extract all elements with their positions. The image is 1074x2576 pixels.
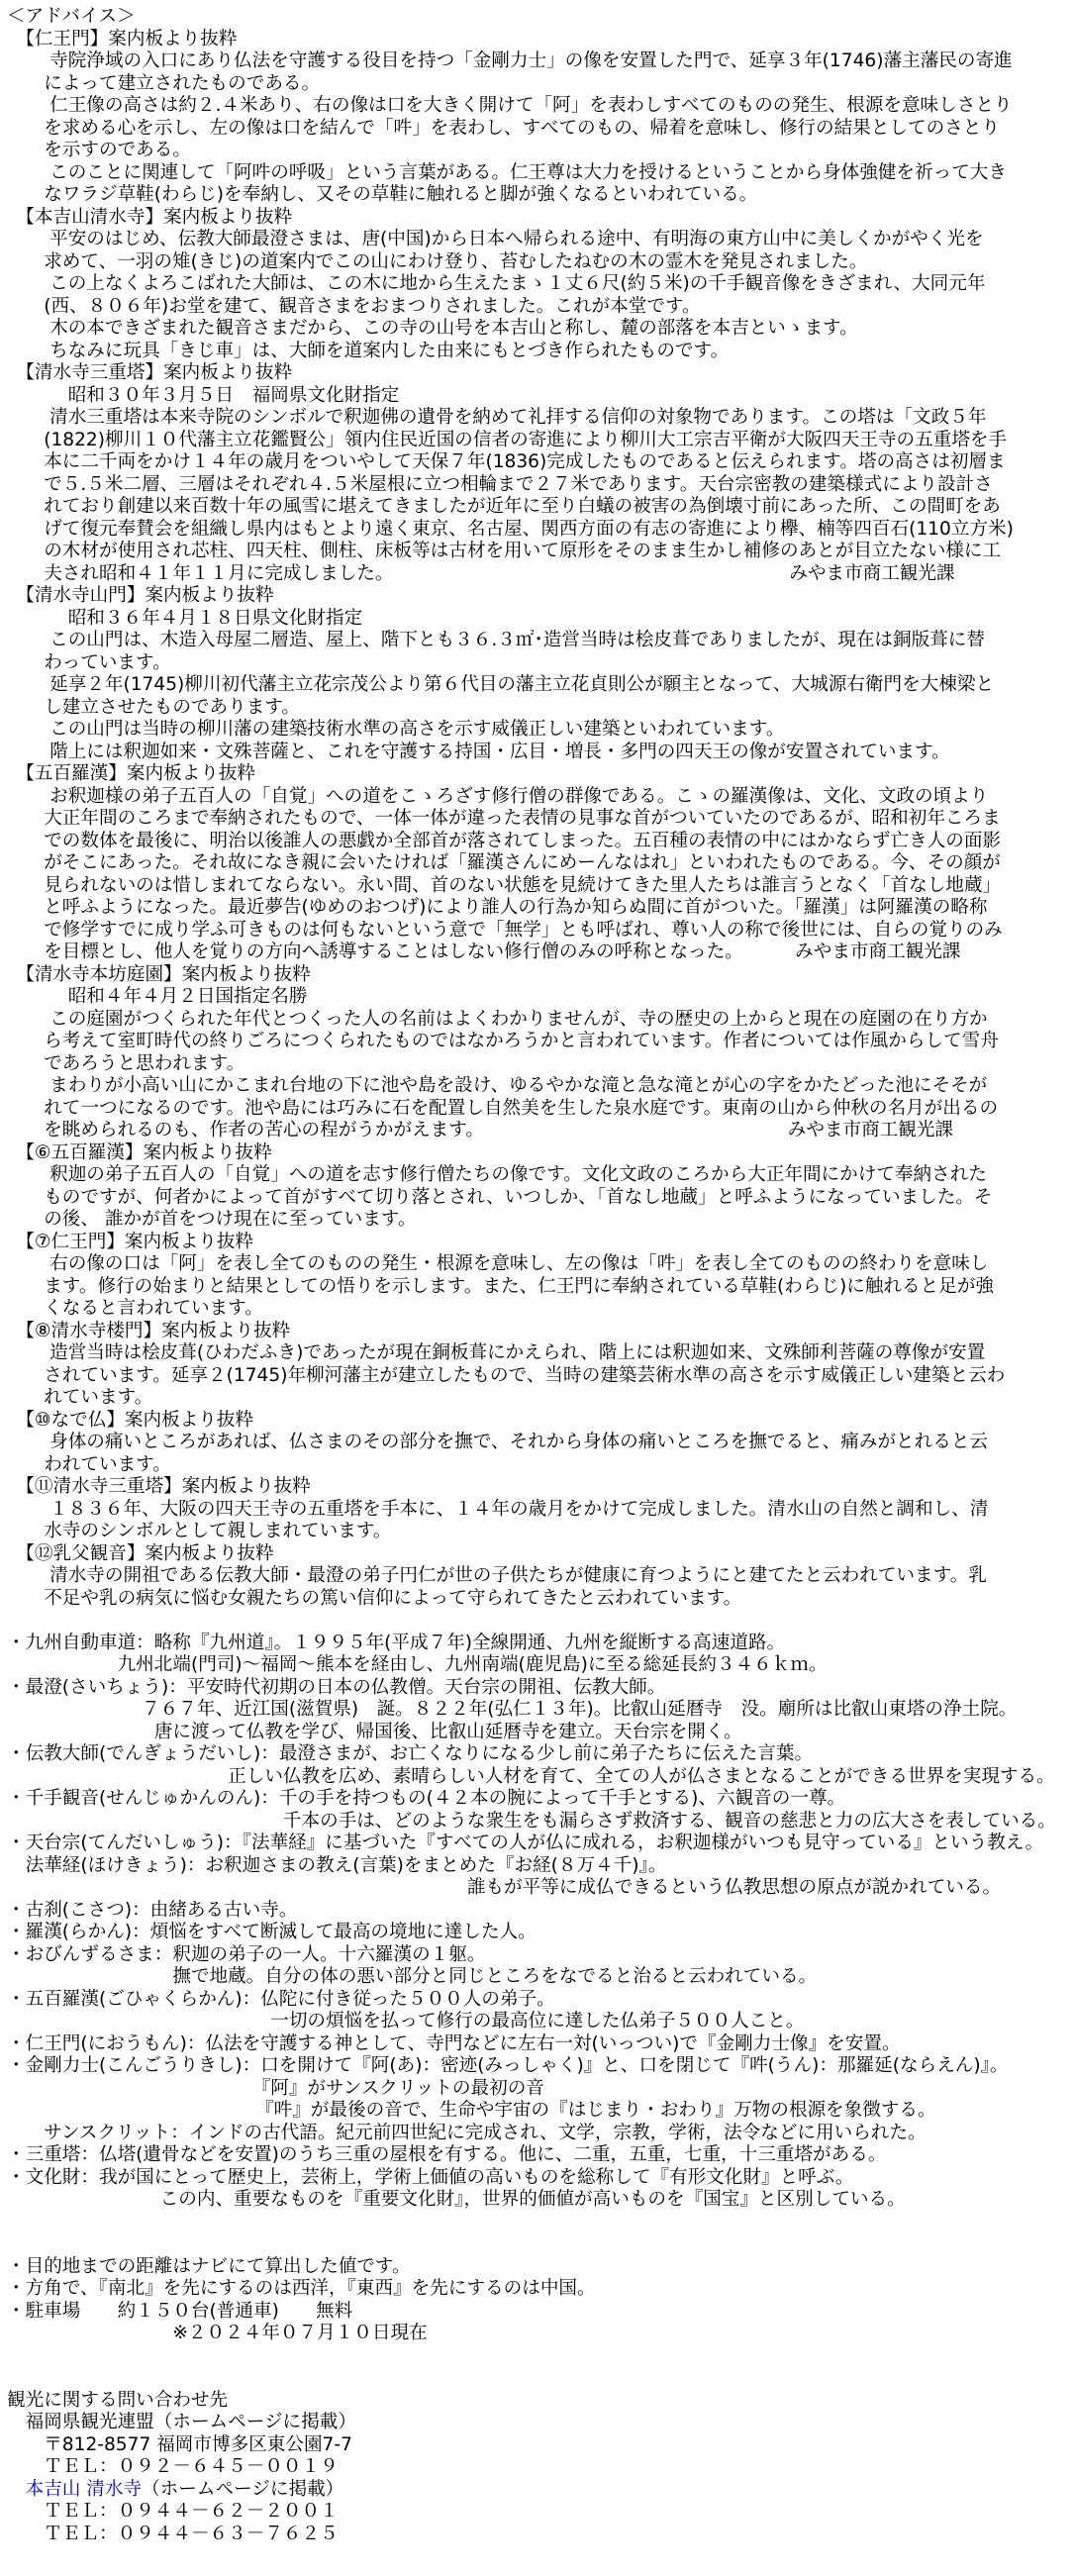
text-line: ・九州自動車道：略称『九州道』。１９９５年(平成７年)全線開通、九州を縦断する高… xyxy=(7,1633,1074,1655)
text-line: 福岡県観光連盟（ホームページに掲載） xyxy=(7,2412,1074,2434)
text-line: ※２０２４年０７月１０日現在 xyxy=(7,2323,1074,2345)
text-line: がそこにあった。それ故になき親に会いたければ「羅漢さんにめーんなはれ」といわれた… xyxy=(7,852,1074,875)
text-line: での数体を最後に、明治以後誰人の悪戯か全部首が落されてしまった。五百種の表情の中… xyxy=(7,831,1074,853)
text-line: このことに関連して「阿吽の呼吸」という言葉がある。仁王尊は大力を授けるということ… xyxy=(7,162,1074,185)
text-line: 『吽』が最後の音で、生命や宇宙の『はじまり・おわり』万物の根源を象徴する。 xyxy=(7,2100,1074,2123)
text-line: ＴＥＬ：０９２－６４５－００１９ xyxy=(7,2456,1074,2479)
text-line: 大正年間のころまで奉納されたもので、一体一体が違った表情の見事な首がついていたの… xyxy=(7,808,1074,831)
text-line: ・仁王門(におうもん)：仏法を守護する神として、寺門などに左右一対(いっつい)で… xyxy=(7,2033,1074,2056)
text-line: (1822)柳川１０代藩主立花鑑賢公」領内住民近国の信者の寄進により柳川大工宗吉… xyxy=(7,430,1074,452)
text-line: ７６７年、近江国(滋賀県) 誕。８２２年(弘仁１３年)。比叡山延暦寺 没。廟所は… xyxy=(7,1699,1074,1722)
text-line: ・五百羅漢(ごひゃくらかん)：仏陀に付き従った５００人の弟子。 xyxy=(7,1989,1074,2012)
text-line: で５.５米二層、三層はそれぞれ４.５米屋根に立つ相輪まで２７米であります。天台宗… xyxy=(7,474,1074,497)
text-line: なワラジ草鞋(わらじ)を奉納し、又その草鞋に触れると脚が強くなるといわれている。 xyxy=(7,184,1074,207)
text-line: 観光に関する問い合わせ先 xyxy=(7,2390,1074,2413)
text-line: 【⑫乳父観音】案内板より抜粋 xyxy=(7,1543,1074,1566)
text-line: サンスクリット：インドの古代語。紀元前四世紀に完成され、文学，宗教，学術，法令な… xyxy=(7,2123,1074,2145)
text-line: (西、８０６年)お堂を建て、観音さまをおまつりされました。これが本堂です。 xyxy=(7,296,1074,319)
text-line: 清水三重塔は本来寺院のシンボルで釈迦佛の遺骨を納めて礼拝する信仰の対象物でありま… xyxy=(7,407,1074,430)
text-line: ＴＥＬ：０９４４－６３－７６２５ xyxy=(7,2524,1074,2546)
text-line: れており創建以来百数十年の風雪に堪えてきましたが近年に至り白蟻の被害の為倒壊寸前… xyxy=(7,496,1074,519)
text-line: れて一つになるのです。池や島には巧みに石を配置し自然美を生した泉水庭です。東南の… xyxy=(7,1098,1074,1121)
text-line: 不足や乳の病気に悩む女親たちの篤い信仰によって守られてきたと云われています。 xyxy=(7,1588,1074,1611)
text-line: 平安のはじめ、伝教大師最澄さまは、唐(中国)から日本へ帰られる途中、有明海の東方… xyxy=(7,229,1074,251)
text-line: で修学すでに成り学ふ可きものは何もないという意で「無学」とも呼ばれ、尊い人の称で… xyxy=(7,920,1074,942)
text-line: ＴＥＬ：０９４４－６２－２００１ xyxy=(7,2501,1074,2524)
text-line: 見られないのは惜しまれてならない。永い間、首のない状態を見続けてきた里人たちは誰… xyxy=(7,875,1074,898)
text-line xyxy=(7,2367,1074,2390)
text-line xyxy=(7,2233,1074,2256)
text-line: ・羅漢(らかん)：煩悩をすべて断滅して最高の境地に達した人。 xyxy=(7,1922,1074,1944)
text-line: この上なくよろこばれた大師は、この木に地から生えたまゝ１丈６尺(約５米)の千手観… xyxy=(7,273,1074,296)
text-line: 【五百羅漢】案内板より抜粋 xyxy=(7,763,1074,786)
text-line: 夫され昭和４１年１１月に完成しました。 みやま市商工観光課 xyxy=(7,563,1074,586)
text-line: ・天台宗(てんだいしゅう)：『法華経』に基づいた『すべての人が仏に成れる，お釈迦… xyxy=(7,1833,1074,1855)
text-line: 身体の痛いところがあれば、仏さまのその部分を撫で、それから身体の痛いところを撫で… xyxy=(7,1432,1074,1454)
text-line: 千本の手は、どのような衆生をも漏らさず救済する、観音の慈悲と力の広大さを表してい… xyxy=(7,1811,1074,1833)
text-line xyxy=(7,2212,1074,2234)
text-line: 九州北端(門司)～福岡～熊本を経由し、九州南端(鹿児島)に至る総延長約３４６ｋｍ… xyxy=(7,1654,1074,1677)
text-line: ものですが、何者かによって首がすべて切り落とされ、いつしか、「首なし地蔵」と呼ふ… xyxy=(7,1187,1074,1210)
text-line: 求めて、一羽の雉(きじ)の道案内でこの山にわけ登り、苔むしたねむの木の霊木を発見… xyxy=(7,251,1074,274)
text-line: 右の像の口は「阿」を表し全てのものの発生・根源を意味し、左の像は「吽」を表し全て… xyxy=(7,1253,1074,1276)
text-line: われています。 xyxy=(7,1454,1074,1477)
text-line: ・最澄(さいちょう)：平安時代初期の日本の仏教僧。天台宗の開祖、伝教大師。 xyxy=(7,1677,1074,1700)
text-line: 【本吉山清水寺】案内板より抜粋 xyxy=(7,207,1074,230)
text-line: 【⑧清水寺楼門】案内板より抜粋 xyxy=(7,1321,1074,1343)
text-line: 〒812-8577 福岡市博多区東公園7-7 xyxy=(7,2434,1074,2457)
text-line: 造営当時は桧皮葺(ひわだふき)であったが現在銅板葺にかえられ、階上には釈迦如来、… xyxy=(7,1342,1074,1365)
text-line xyxy=(7,1610,1074,1633)
text-line: を示すのである。 xyxy=(7,140,1074,162)
text-line: ＜アドバイス＞ xyxy=(7,6,1074,29)
text-line: 昭和３０年３月５日 福岡県文化財指定 xyxy=(7,385,1074,408)
text-line: まわりが小高い山にかこまれ台地の下に池や島を設け、ゆるやかな滝と急な滝とが心の字… xyxy=(7,1075,1074,1098)
text-line: ・伝教大師(でんぎょうだいし)：最澄さまが、お亡くなりになる少し前に弟子たちに伝… xyxy=(7,1743,1074,1766)
text-line: ちなみに玩具「きじ車」は、大師を道案内した由来にもとづき作られたものです。 xyxy=(7,341,1074,363)
text-line: ・目的地までの距離はナビにて算出した値です。 xyxy=(7,2256,1074,2279)
text-line: 仁王像の高さは約２.４米あり、右の像は口を大きく開けて「阿」を表わしすべてのもの… xyxy=(7,95,1074,118)
text-line: くなると言われています。 xyxy=(7,1298,1074,1321)
text-line: 【⑥五百羅漢】案内板より抜粋 xyxy=(7,1142,1074,1165)
text-line: 木の本できざまれた観音さまだから、この寺の山号を本吉山と称し、麓の部落を本吉とい… xyxy=(7,318,1074,341)
text-line: 法華経(ほけきょう)：お釈迦さまの教え(言葉)をまとめた『お経(８万４千)』。 xyxy=(7,1855,1074,1878)
text-line: ・古刹(こさつ)：由緒ある古い寺。 xyxy=(7,1900,1074,1923)
text-line: れています。 xyxy=(7,1387,1074,1410)
text-line: 『阿』がサンスクリットの最初の音 xyxy=(7,2078,1074,2101)
kiyomizudera-homepage-link[interactable]: 本吉山 清水寺 xyxy=(26,2479,142,2500)
text-line: ・駐車場 約１５０台(普通車) 無料 xyxy=(7,2301,1074,2324)
text-line: 【仁王門】案内板より抜粋 xyxy=(7,29,1074,51)
text-line: ・三重塔：仏塔(遺骨などを安置)のうち三重の屋根を有する。他に、二重，五重，七重… xyxy=(7,2144,1074,2167)
text-line: 水寺のシンボルとして親しまれています。 xyxy=(7,1521,1074,1543)
text-line: ら考えて室町時代の終りごろにつくられたものではなかろうかと言われています。作者に… xyxy=(7,1031,1074,1053)
text-line: 誰もが平等に成仏できるという仏教思想の原点が説かれている。 xyxy=(7,1877,1074,1900)
text-line: を求める心を示し、左の像は口を結んで「吽」を表わし、すべてのもの、帰着を意味し、… xyxy=(7,118,1074,141)
text-line: 【⑦仁王門】案内板より抜粋 xyxy=(7,1232,1074,1254)
text-line: であろうと思われます。 xyxy=(7,1053,1074,1076)
text-line: わっています。 xyxy=(7,652,1074,675)
text-line: し建立させたものであります。 xyxy=(7,697,1074,720)
text-line: 本に二千両をかけ１４年の歳月をついやして天保７年(1836)完成したものであると… xyxy=(7,451,1074,474)
text-line: 階上には釈迦如来・文殊菩薩と、これを守護する持国・広目・増長・多門の四天王の像が… xyxy=(7,742,1074,764)
text-line: によって建立されたものである。 xyxy=(7,73,1074,96)
text-line: 昭和３６年４月１８日県文化財指定 xyxy=(7,608,1074,631)
text-line: 【⑩なで仏】案内板より抜粋 xyxy=(7,1410,1074,1433)
text-line: 撫で地蔵。自分の体の悪い部分と同じところをなでると治ると云われている。 xyxy=(7,1966,1074,1989)
text-line: 清水寺の開祖である伝教大師・最澄の弟子円仁が世の子供たちが健康に育つようにと建て… xyxy=(7,1565,1074,1588)
text-line: 昭和４年４月２日国指定名勝 xyxy=(7,986,1074,1009)
text-line: 唐に渡って仏教を学び、帰国後、比叡山延暦寺を建立。天台宗を開く。 xyxy=(7,1722,1074,1744)
text-line: 一切の煩悩を払って修行の最高位に達した仏弟子５００人こと。 xyxy=(7,2011,1074,2033)
text-line: ・千手観音(せんじゅかんのん)：千の手を持つもの(４２本の腕によって千手とする)… xyxy=(7,1788,1074,1811)
page: { "meta": { "background_color": "#ffffff… xyxy=(0,0,1074,2576)
text-line: 正しい仏教を広め、素晴らしい人材を育て、全ての人が仏さまとなることができる世界を… xyxy=(7,1766,1074,1789)
contact-link-line: 本吉山 清水寺（ホームページに掲載） xyxy=(7,2479,1074,2502)
text-line: を目標とし、他人を覚りの方向へ誘導することはしない修行僧のみの呼称となった。 み… xyxy=(7,941,1074,964)
text-line: 延享２年(1745)柳川初代藩主立花宗茂公より第６代目の藩主立花貞則公が願主とな… xyxy=(7,674,1074,697)
text-line: と呼ふようになった。最近夢告(ゆめのおつげ)により誰人の行為か知らぬ間に首がつい… xyxy=(7,897,1074,920)
text-line: ・方角で、『南北』を先にするのは西洋，『東西』を先にするのは中国。 xyxy=(7,2278,1074,2301)
text-line: 【清水寺本坊庭園】案内板より抜粋 xyxy=(7,964,1074,987)
text-line: されています。延享２(1745)年柳河藩主が建立したもので、当時の建築芸術水準の… xyxy=(7,1365,1074,1388)
text-line: お釈迦様の弟子五百人の「自覚」への道をこゝろざす修行僧の群像である。こゝの羅漢像… xyxy=(7,786,1074,809)
text-line: １８３６年、大阪の四天王寺の五重塔を手本に、１４年の歳月をかけて完成しました。清… xyxy=(7,1499,1074,1522)
text-line: を眺められるのも、作者の苦心の程がうかがえます。 みやま市商工観光課 xyxy=(7,1120,1074,1142)
text-line xyxy=(7,2345,1074,2368)
text-line: この内、重要なものを『重要文化財』，世界的価値が高いものを『国宝』と区別している… xyxy=(7,2189,1074,2212)
text-line: ・おびんずるさま：釈迦の弟子の一人。十六羅漢の１躯。 xyxy=(7,1944,1074,1967)
text-line: ・金剛力士(こんごうりきし)：口を開けて『阿(あ)：密迹(みっしゃく)』と、口を… xyxy=(7,2055,1074,2078)
text-line: この庭園がつくられた年代とつくった人の名前はよくわかりませんが、寺の歴史の上から… xyxy=(7,1009,1074,1032)
text-line: 【清水寺三重塔】案内板より抜粋 xyxy=(7,362,1074,385)
text-line: 寺院浄域の入口にあり仏法を守護する役目を持つ「金剛力士」の像を安置した門で、延享… xyxy=(7,50,1074,73)
text-line: の木材が使用され芯柱、四天柱、側柱、床板等は古材を用いて原形をそのまま生かし補修… xyxy=(7,541,1074,563)
advice-document: ＜アドバイス＞ 【仁王門】案内板より抜粋 寺院浄域の入口にあり仏法を守護する役目… xyxy=(0,0,1074,2545)
text-line: ます。修行の始まりと結果としての悟りを示します。また、仁王門に奉納されている草鞋… xyxy=(7,1276,1074,1299)
text-line: ・文化財：我が国にとって歴史上，芸術上，学術上価値の高いものを総称して『有形文化… xyxy=(7,2167,1074,2190)
text-line: 釈迦の弟子五百人の「自覚」への道を志す修行僧たちの像です。文化文政のころから大正… xyxy=(7,1164,1074,1187)
text-line: 【清水寺山門】案内板より抜粋 xyxy=(7,585,1074,608)
text-line: この山門は、木造入母屋二層造、屋上、階下とも３６.３㎡･造営当時は桧皮葺でありま… xyxy=(7,630,1074,652)
text-line: 【⑪清水寺三重塔】案内板より抜粋 xyxy=(7,1476,1074,1499)
text-line: げて復元奉賛会を組織し県内はもとより遠く東京、名古屋、関西方面の有志の寄進により… xyxy=(7,519,1074,542)
text-line: この山門は当時の柳川藩の建築技術水準の高さを示す威儀正しい建築といわれています。 xyxy=(7,719,1074,742)
text-line: の後、 誰かが首をつけ現在に至っています。 xyxy=(7,1209,1074,1232)
